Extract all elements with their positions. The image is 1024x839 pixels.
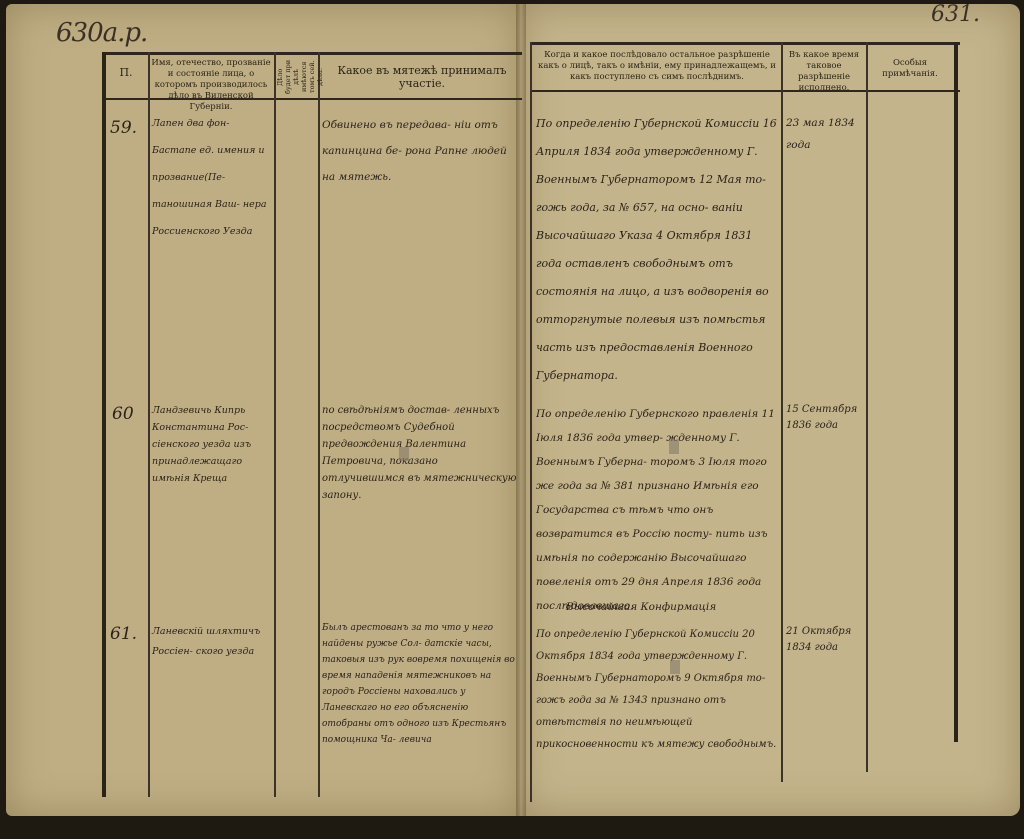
ink-blot <box>670 660 680 674</box>
header-top-rule-right <box>530 42 960 45</box>
entry-executed-date: 23 мая 1834 года <box>786 112 864 156</box>
col-divider <box>274 52 276 797</box>
col-divider <box>318 52 320 797</box>
header-narrow: Дѣло будет при дѣлѣ имѣются томъ сей. дѣ… <box>276 58 316 96</box>
entry-name: Лапен два фон- Бастапе ед. имения и проз… <box>152 110 272 245</box>
header-resolution: Когда и какое послѣдовало остальное разр… <box>534 50 780 83</box>
book-spread: 630а.р. 631. П. Имя, отечество, прозвані… <box>6 0 1024 830</box>
entry-participation: по свѣдѣніямъ достав- ленныхъ посредство… <box>322 402 518 504</box>
entry-executed-date: 15 Сентября 1836 года <box>786 402 864 434</box>
entry-resolution: По определенію Губернского правленія 11 … <box>536 402 778 618</box>
col-divider <box>148 52 150 797</box>
entry-resolution: По определенію Губернской Комиссіи 20 Ок… <box>536 624 778 756</box>
entry-number: 60 <box>112 404 134 424</box>
col-divider <box>530 42 532 802</box>
entry-number: 59. <box>110 118 137 138</box>
entry-participation: Обвинено въ передава- ніи отъ капинцина … <box>322 112 518 190</box>
header-executed: Въ какое время таковое разрѣшеніе исполн… <box>784 50 864 94</box>
header-number: П. <box>106 66 146 79</box>
right-border-rule <box>954 42 958 742</box>
header-notes: Особыя примѣчанія. <box>868 58 952 80</box>
archive-mark: 630а.р. <box>56 18 147 48</box>
entry-name: Ландзевичь Кипрь Константина Рос- сіенск… <box>152 402 272 487</box>
entry-resolution-note: Высочайшая Конфирмація <box>566 598 766 616</box>
header-participation: Какое въ мятежѣ принималъ участіе. <box>322 64 522 90</box>
entry-name: Ланевскій шляхтичъ Россіен- ского уезда <box>152 622 272 662</box>
ink-blot <box>669 440 679 454</box>
folio-number: 631. <box>931 2 980 27</box>
entry-resolution: По определенію Губернской Комиссіи 16 Ап… <box>536 110 778 390</box>
ink-blot <box>399 447 409 461</box>
header-name: Имя, отечество, прозваніе и состояніе ли… <box>150 58 272 113</box>
header-top-rule <box>102 52 522 55</box>
col-divider <box>866 42 868 772</box>
left-border-rule <box>102 52 106 797</box>
entry-participation: Былъ арестованъ за то что у него найдены… <box>322 620 518 748</box>
header-bottom-rule-right <box>530 90 960 92</box>
entry-executed-date: 21 Октября 1834 года <box>786 624 864 656</box>
entry-number: 61. <box>110 624 137 644</box>
col-divider <box>781 42 783 782</box>
